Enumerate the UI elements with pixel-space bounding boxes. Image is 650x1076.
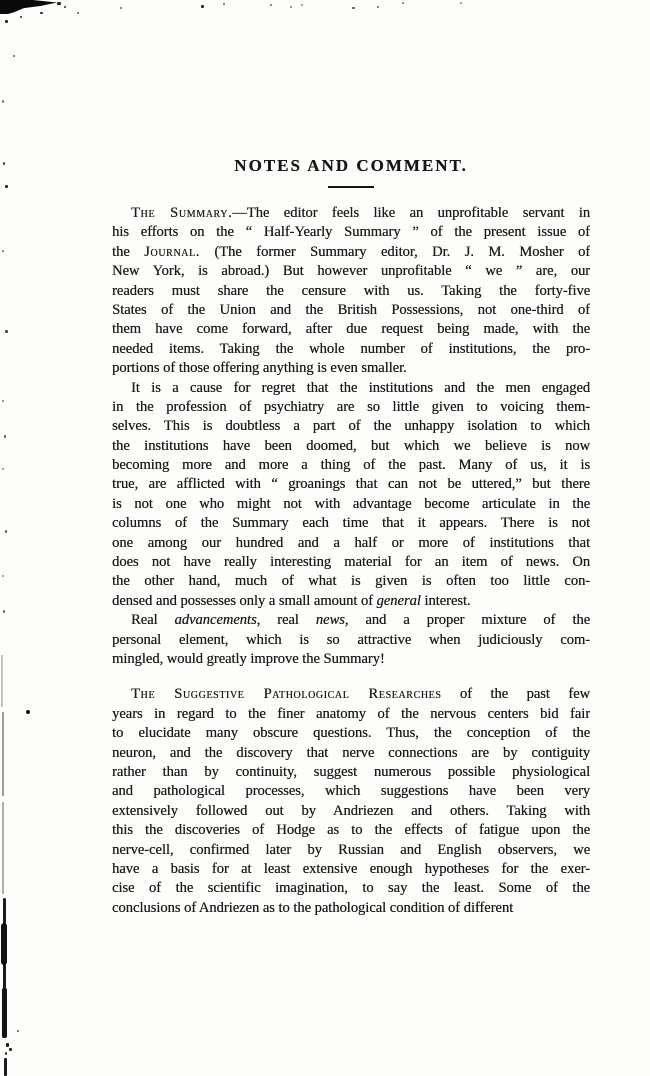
scan-artifact (9, 1048, 12, 1051)
scan-artifact-streak (2, 712, 4, 796)
text-line: portions of those offering anything is e… (112, 359, 590, 378)
text-line: It is a cause for regret that the instit… (112, 379, 590, 398)
scan-artifact (201, 5, 204, 8)
scan-artifact (5, 185, 8, 188)
text-line: his efforts on the “ Half-Yearly Summary… (112, 223, 590, 242)
scan-artifact (40, 12, 43, 14)
scan-artifact (460, 2, 462, 4)
heading-divider-rule (328, 186, 374, 188)
scan-artifact (2, 468, 4, 470)
scan-artifact (2, 250, 4, 252)
text-line: cise of the scientific imagination, to s… (112, 879, 590, 898)
paragraph: The Suggestive Pathological Researches o… (112, 685, 590, 918)
scan-artifact (352, 7, 355, 9)
scan-artifact (77, 12, 79, 14)
text-line: States of the Union and the British Poss… (112, 301, 590, 320)
text-line: selves. This is doubtless a part of the … (112, 417, 590, 436)
text-line: personal element, which is so attractive… (112, 631, 590, 650)
paragraph: The Summary.—The editor feels like an un… (112, 204, 590, 379)
text-line: densed and possesses only a small amount… (112, 592, 590, 611)
scan-artifact-streak (1, 655, 3, 707)
scan-artifact (290, 6, 292, 8)
scan-artifact (2, 100, 4, 103)
text-line: The Suggestive Pathological Researches o… (112, 685, 590, 704)
text-line: nerve-cell, confirmed later by Russian a… (112, 841, 590, 860)
text-line: mingled, would greatly improve the Summa… (112, 650, 590, 669)
scanned-book-page: NOTES AND COMMENT. The Summary.—The edit… (0, 0, 650, 1076)
scan-artifact (2, 575, 4, 577)
text-line: them have come forward, after due reques… (112, 320, 590, 339)
scan-artifact (377, 6, 379, 8)
scan-artifact (5, 330, 8, 333)
text-line: neuron, and the discovery that nerve con… (112, 744, 590, 763)
text-line: to elucidate many obscure questions. Thu… (112, 724, 590, 743)
text-line: Real advancements, real news, and a prop… (112, 611, 590, 630)
scan-artifact-dot (26, 710, 30, 714)
scan-artifact (20, 16, 22, 18)
scan-artifact-streak (2, 988, 7, 1038)
text-line: becoming more and more a thing of the pa… (112, 456, 590, 475)
text-line: readers must share the censure with us. … (112, 282, 590, 301)
page-title: NOTES AND COMMENT. (112, 157, 590, 175)
scan-artifact-streak (1, 923, 7, 965)
scan-artifact (120, 7, 122, 9)
scan-artifact (3, 162, 5, 165)
text-line: is not one who might not with advantage … (112, 495, 590, 514)
scan-artifact (223, 3, 225, 5)
scan-artifact (13, 55, 15, 57)
text-line: true, are afflicted with “ groanings tha… (112, 475, 590, 494)
text-line: extensively followed out by Andriezen an… (112, 802, 590, 821)
paragraphs: The Summary.—The editor feels like an un… (112, 204, 590, 918)
paragraph: Real advancements, real news, and a prop… (112, 611, 590, 669)
scan-artifact-corner-blob (0, 0, 57, 14)
scan-artifact (4, 435, 6, 438)
text-line: this the discoveries of Hodge as to the … (112, 821, 590, 840)
text-line: one among our hundred and a half or more… (112, 534, 590, 553)
scan-artifact (5, 530, 7, 533)
text-line: and pathological processes, which sugges… (112, 782, 590, 801)
scan-artifact (6, 1043, 9, 1047)
scan-artifact (17, 1030, 19, 1032)
scan-artifact (402, 2, 404, 4)
scan-artifact (3, 610, 5, 613)
scan-artifact-streak (3, 898, 6, 1038)
text-line: columns of the Summary each time that it… (112, 514, 590, 533)
text-line: does not have really interesting materia… (112, 553, 590, 572)
text-line: needed items. Taking the whole number of… (112, 340, 590, 359)
scan-artifact (301, 4, 303, 6)
text-line: the other hand, much of what is given is… (112, 572, 590, 591)
scan-artifact-streak (2, 802, 4, 894)
text-line: New York, is abroad.) But however unprof… (112, 262, 590, 281)
scan-artifact (2, 400, 4, 402)
scan-artifact-streak (4, 1058, 7, 1076)
text-line: in the profession of psychiatry are so l… (112, 398, 590, 417)
text-line: years in regard to the finer anatomy of … (112, 705, 590, 724)
text-line: have a basis for at least extensive enou… (112, 860, 590, 879)
scan-artifact (5, 20, 8, 23)
text-line: rather than by continuity, suggest numer… (112, 763, 590, 782)
scan-artifact (5, 1052, 7, 1055)
text-line: the institutions have been doomed, but w… (112, 437, 590, 456)
scan-artifact (64, 6, 66, 8)
text-line: the Journal. (The former Summary editor,… (112, 243, 590, 262)
text-line: The Summary.—The editor feels like an un… (112, 204, 590, 223)
text-column: NOTES AND COMMENT. The Summary.—The edit… (112, 157, 590, 918)
text-line: conclusions of Andriezen as to the patho… (112, 899, 590, 918)
scan-artifact (270, 4, 272, 6)
scan-artifact (57, 2, 61, 5)
paragraph: It is a cause for regret that the instit… (112, 379, 590, 612)
